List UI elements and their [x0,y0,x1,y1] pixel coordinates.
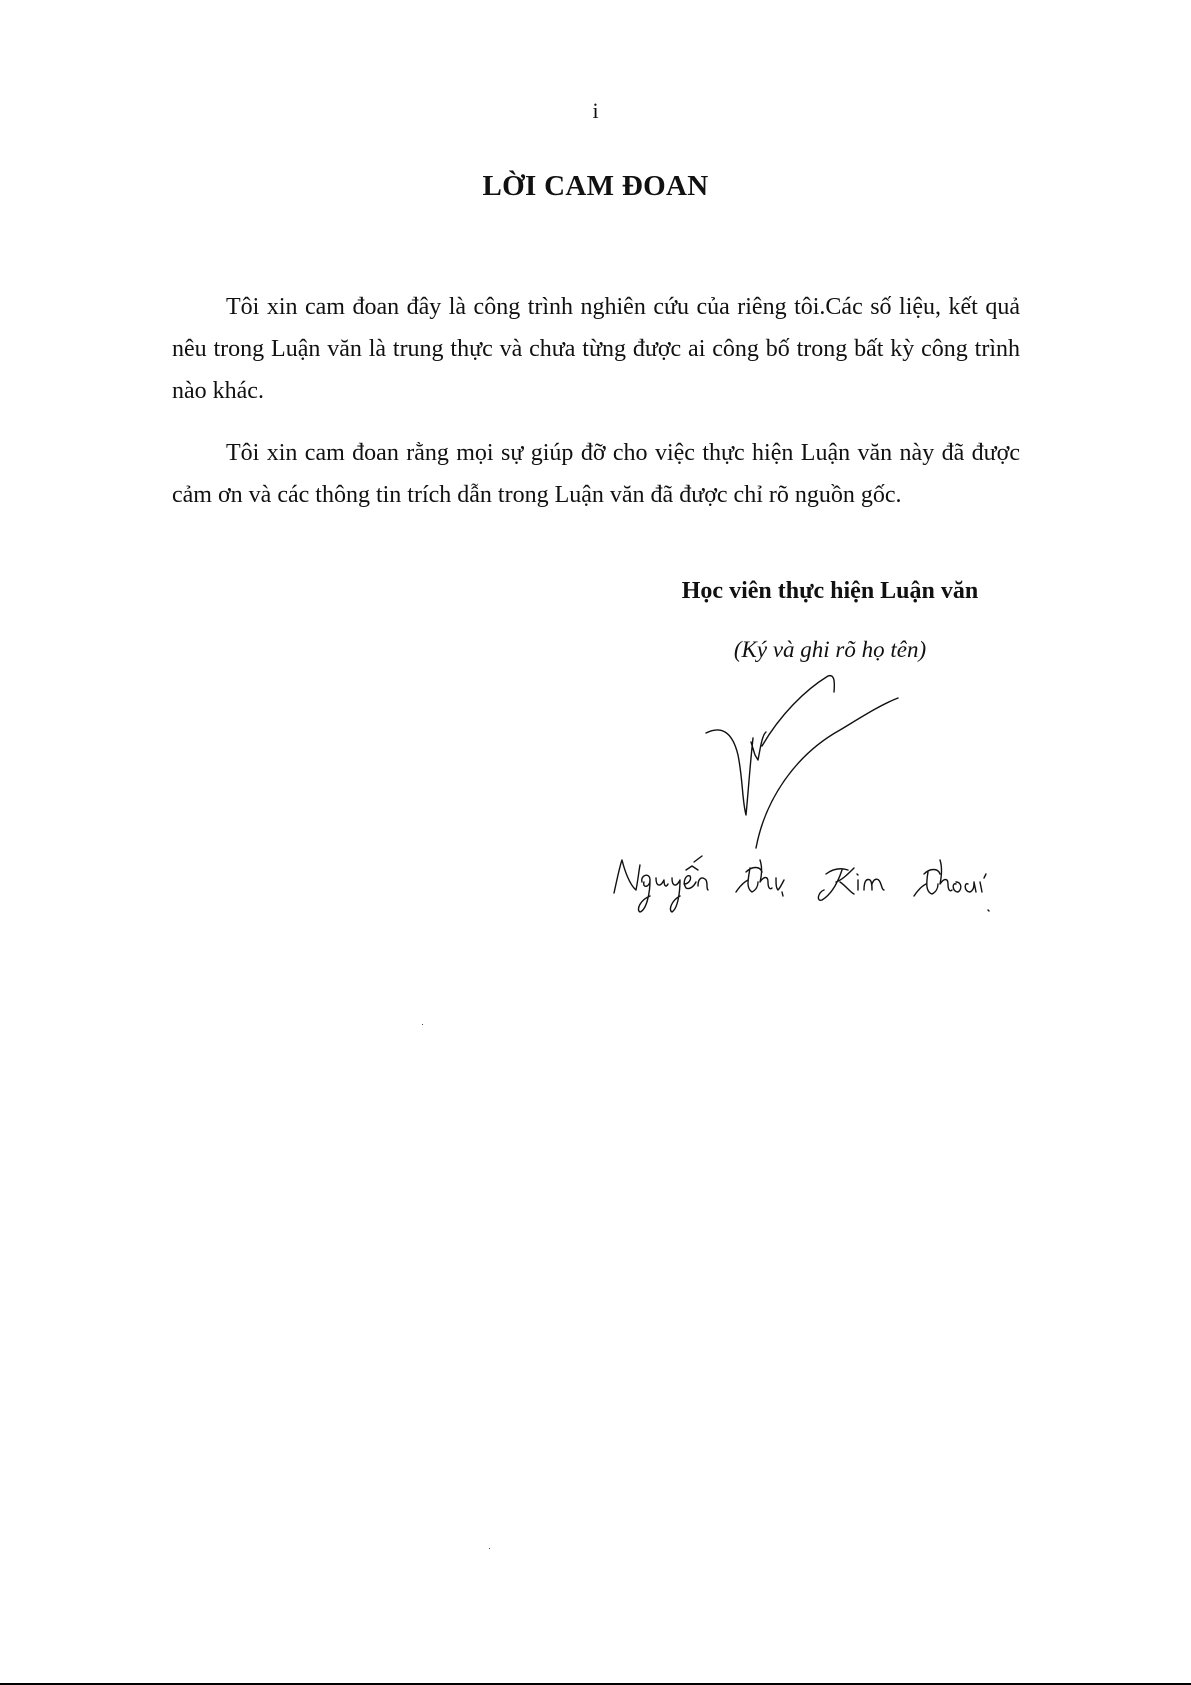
declaration-paragraph-1: Tôi xin cam đoan đây là công trình nghiê… [172,286,1020,412]
scan-speck [422,1024,423,1025]
handwritten-signature: Nguyễn Thị Kim Thoa [580,660,1040,940]
paragraph-text: Tôi xin cam đoan đây là công trình nghiê… [172,286,1020,412]
signature-icon [580,660,1040,940]
scan-speck [489,1548,490,1549]
paragraph-text: Tôi xin cam đoan rằng mọi sự giúp đỡ cho… [172,432,1020,516]
signer-role: Học viên thực hiện Luận văn [640,578,1020,605]
signed-name: Nguyễn Thị Kim Thoa [580,842,1040,882]
page-title: LỜI CAM ĐOAN [0,170,1191,203]
page-number: i [0,98,1191,124]
declaration-paragraph-2: Tôi xin cam đoan rằng mọi sự giúp đỡ cho… [172,432,1020,516]
